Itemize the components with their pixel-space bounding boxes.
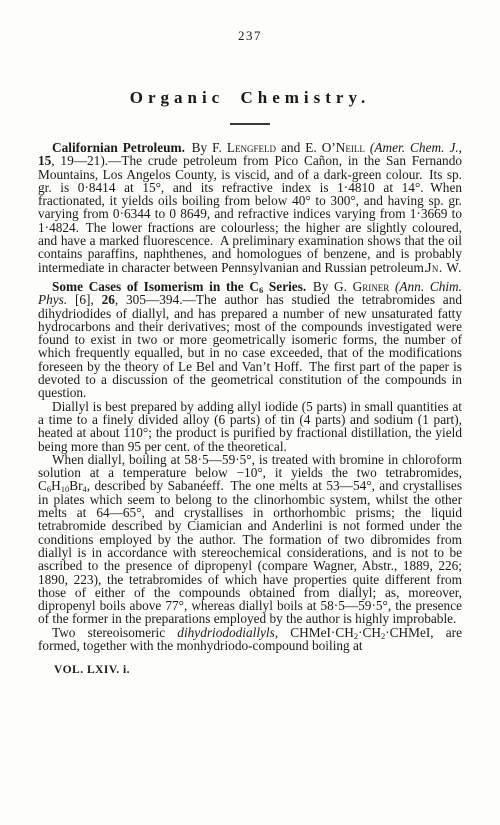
page-number: 237 — [0, 0, 500, 44]
paragraph-tetrabromides: When diallyl, boiling at 58·5—59·5°, is … — [38, 453, 462, 626]
paragraph-diallyl-preparation: Diallyl is best prepared by adding allyl… — [38, 400, 462, 453]
paragraph-californian-petroleum: Californian Petroleum. By F. Lengfeld an… — [38, 141, 462, 274]
paragraph-dihydriododiallyls: Two stereoisomeric dihydriododiallyls, C… — [38, 626, 462, 653]
section-title: Organic Chemistry. — [0, 88, 500, 108]
title-divider-rule — [230, 123, 270, 125]
abstracts-column: Californian Petroleum. By F. Lengfeld an… — [38, 141, 462, 678]
journal-page: 237 Organic Chemistry. Californian Petro… — [0, 0, 500, 825]
paragraph-isomerism-c6-series: Some Cases of Isomerism in the C6 Series… — [38, 280, 462, 400]
volume-signature: VOL. LXIV. i. — [54, 664, 462, 677]
